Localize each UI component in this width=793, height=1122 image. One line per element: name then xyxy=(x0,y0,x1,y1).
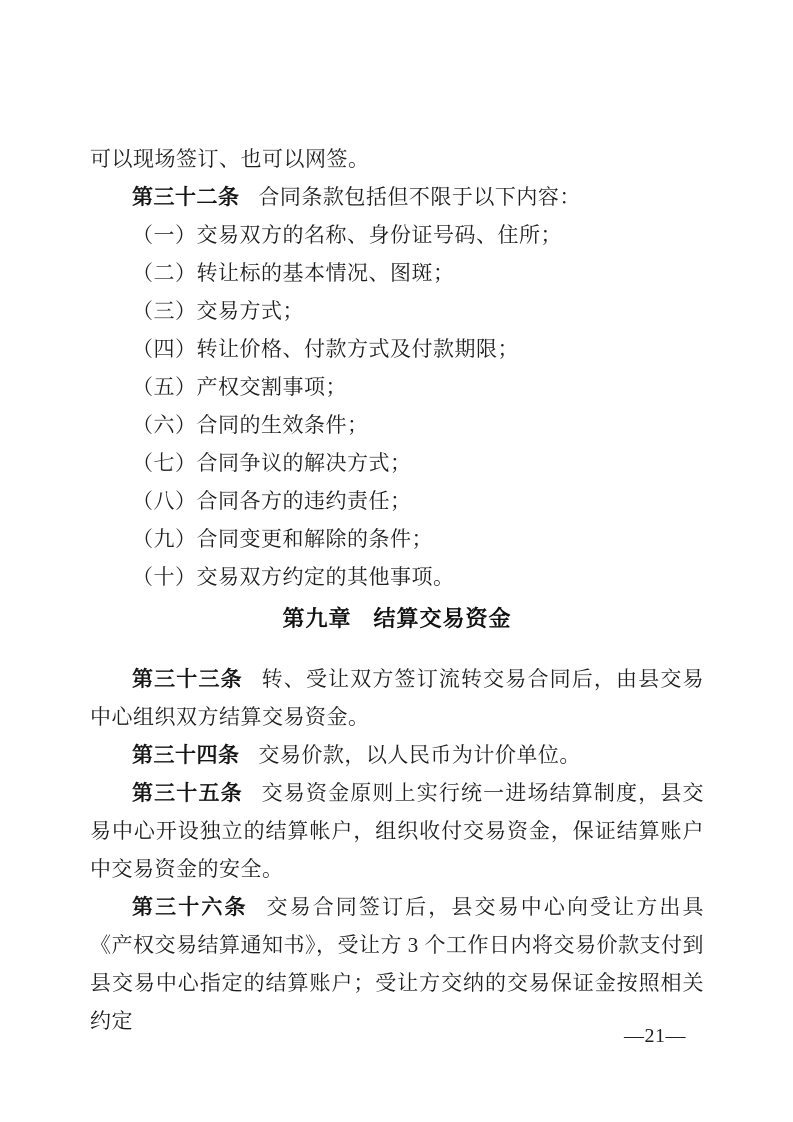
paragraph: （九）合同变更和解除的条件； xyxy=(90,520,704,558)
paragraph: （十）交易双方约定的其他事项。 xyxy=(90,558,704,596)
paragraph: （二）转让标的基本情况、图斑； xyxy=(90,254,704,292)
article-paragraph: 第三十二条合同条款包括但不限于以下内容： xyxy=(90,178,704,216)
paragraph: （六）合同的生效条件； xyxy=(90,406,704,444)
article-number: 第三十六条 xyxy=(132,895,248,919)
article-number: 第三十二条 xyxy=(132,185,240,209)
paragraph: （七）合同争议的解决方式； xyxy=(90,444,704,482)
article-paragraph: 第三十五条交易资金原则上实行统一进场结算制度，县交易中心开设独立的结算帐户，组织… xyxy=(90,774,704,888)
paragraph: （八）合同各方的违约责任； xyxy=(90,482,704,520)
article-paragraph: 第三十六条交易合同签订后，县交易中心向受让方出具《产权交易结算通知书》，受让方 … xyxy=(90,888,704,1040)
paragraph: （四）转让价格、付款方式及付款期限； xyxy=(90,330,704,368)
article-number: 第三十五条 xyxy=(132,781,243,805)
chapter-number: 第九章 xyxy=(282,606,351,631)
document-body: 可以现场签订、也可以网签。第三十二条合同条款包括但不限于以下内容：（一）交易双方… xyxy=(90,140,704,1040)
article-number: 第三十三条 xyxy=(132,667,243,691)
paragraph: （五）产权交割事项； xyxy=(90,368,704,406)
chapter-title: 结算交易资金 xyxy=(374,606,512,631)
document-page: 可以现场签订、也可以网签。第三十二条合同条款包括但不限于以下内容：（一）交易双方… xyxy=(0,0,793,1122)
paragraph: 可以现场签订、也可以网签。 xyxy=(90,140,704,178)
page-number: —21— xyxy=(624,1026,686,1046)
article-paragraph: 第三十三条转、受让双方签订流转交易合同后，由县交易中心组织双方结算交易资金。 xyxy=(90,660,704,736)
article-number: 第三十四条 xyxy=(132,743,240,767)
paragraph: （一）交易双方的名称、身份证号码、住所； xyxy=(90,216,704,254)
paragraph: （三）交易方式； xyxy=(90,292,704,330)
article-paragraph: 第三十四条交易价款，以人民币为计价单位。 xyxy=(90,736,704,774)
chapter-heading: 第九章结算交易资金 xyxy=(90,600,704,638)
